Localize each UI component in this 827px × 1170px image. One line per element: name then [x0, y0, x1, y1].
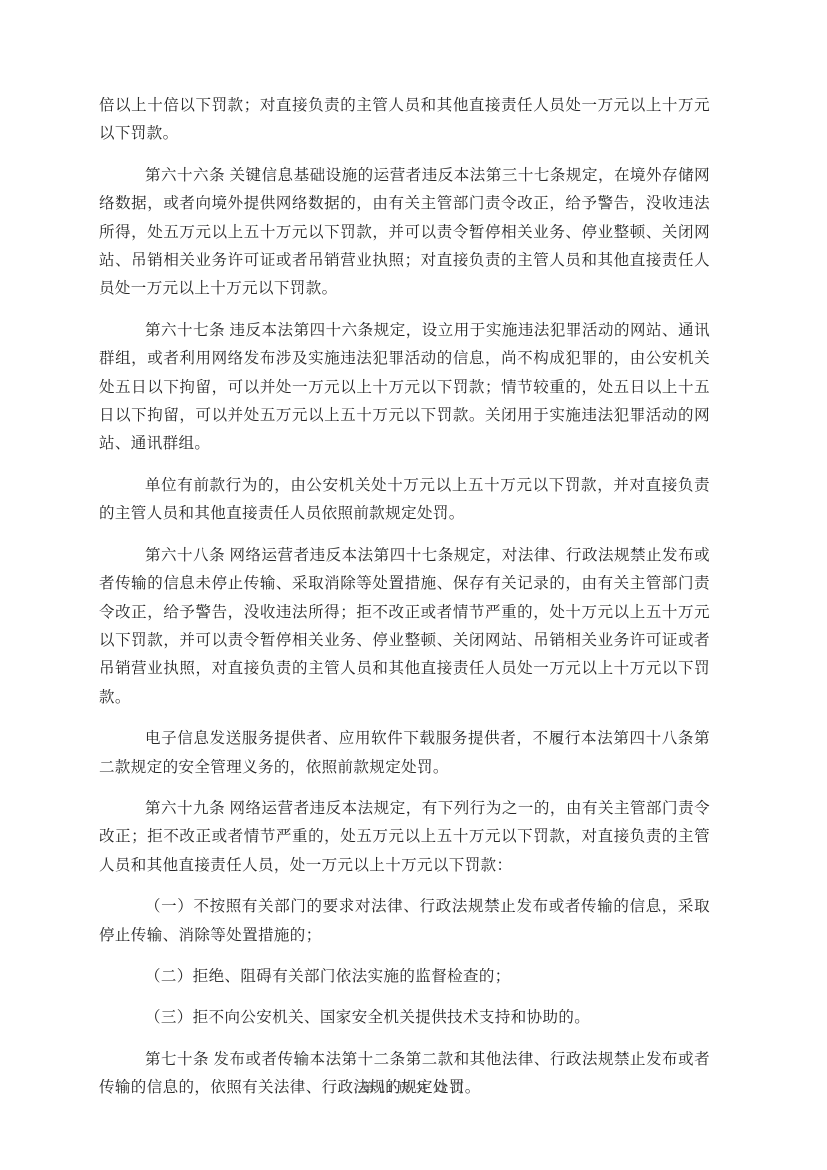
paragraph: 第六十六条 关键信息基础设施的运营者违反本法第三十七条规定，在境外存储网络数据，… — [99, 162, 710, 304]
paragraph: 电子信息发送服务提供者、应用软件下载服务提供者，不履行本法第四十八条第二款规定的… — [99, 725, 710, 782]
document-page: 倍以上十倍以下罚款；对直接负责的主管人员和其他直接责任人员处一万元以上十万元以下… — [0, 0, 827, 1170]
page-number-footer: 第 11 页 共 13 页 — [0, 1078, 827, 1096]
document-body: 倍以上十倍以下罚款；对直接负责的主管人员和其他直接责任人员处一万元以上十万元以下… — [99, 92, 710, 1116]
paragraph: （三）拒不向公安机关、国家安全机关提供技术支持和协助的。 — [99, 1004, 710, 1032]
paragraph: 倍以上十倍以下罚款；对直接负责的主管人员和其他直接责任人员处一万元以上十万元以下… — [99, 92, 710, 149]
paragraph: 第六十八条 网络运营者违反本法第四十七条规定，对法律、行政法规禁止发布或者传输的… — [99, 542, 710, 712]
paragraph: 第六十七条 违反本法第四十六条规定，设立用于实施违法犯罪活动的网站、通讯群组，或… — [99, 317, 710, 459]
paragraph: （一）不按照有关部门的要求对法律、行政法规禁止发布或者传输的信息，采取停止传输、… — [99, 893, 710, 950]
paragraph: 第六十九条 网络运营者违反本法规定，有下列行为之一的，由有关主管部门责令改正；拒… — [99, 795, 710, 880]
paragraph: 单位有前款行为的，由公安机关处十万元以上五十万元以下罚款，并对直接负责的主管人员… — [99, 472, 710, 529]
paragraph: （二）拒绝、阻碍有关部门依法实施的监督检查的； — [99, 963, 710, 991]
